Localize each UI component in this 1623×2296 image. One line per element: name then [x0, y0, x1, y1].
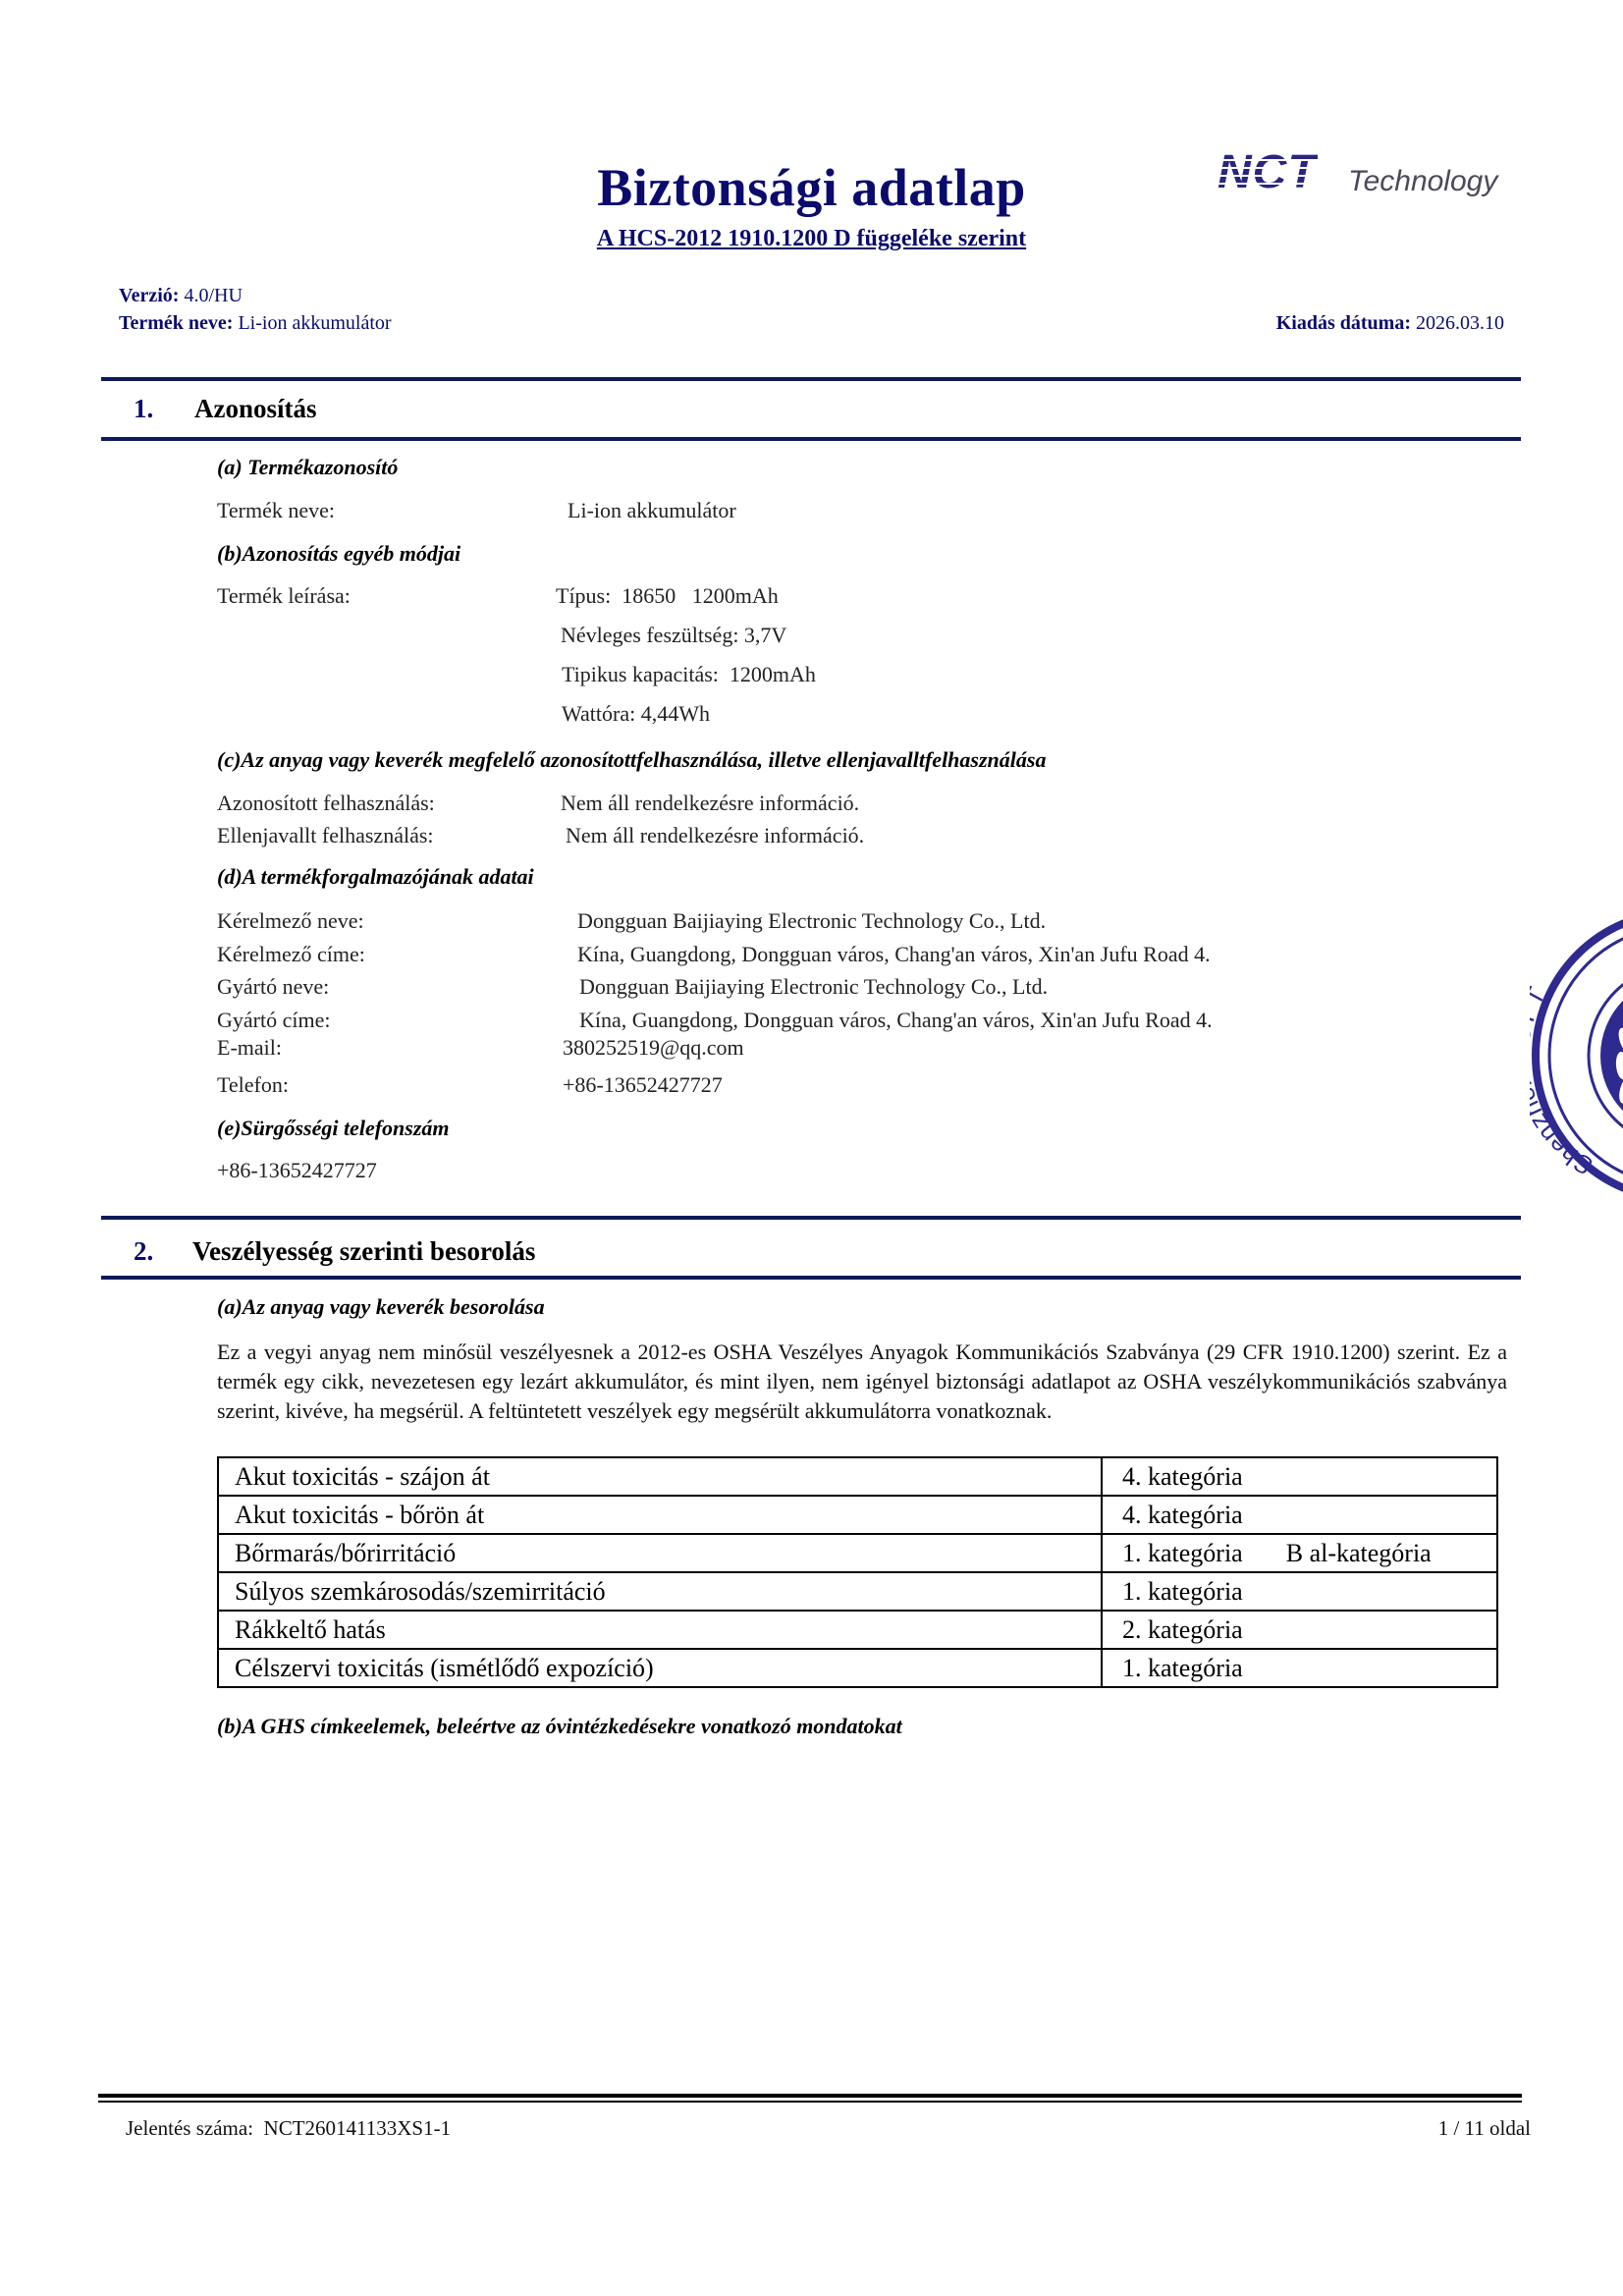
logo-text: Technology [1348, 165, 1497, 198]
table-row: Bőrmarás/bőrirritáció1. kategóriaB al-ka… [218, 1534, 1497, 1572]
hazard-classification-table: Akut toxicitás - szájon át4. kategóriaAk… [217, 1456, 1498, 1688]
subsection-1c-heading: (c)Az anyag vagy keverék megfelelő azono… [217, 747, 1046, 773]
spec-voltage: Névleges feszültség: 3,7V [561, 623, 786, 648]
category-text: 4. kategória [1122, 1501, 1243, 1529]
hazard-category-cell: 1. kategória [1102, 1572, 1497, 1611]
nct-technology-logo: NCT Technology [1217, 147, 1512, 206]
identified-use-value: Nem áll rendelkezésre információ. [561, 791, 859, 816]
manufacturer-address-label: Gyártó címe: [217, 1008, 330, 1033]
spec-watt-hours: Wattóra: 4,44Wh [562, 701, 710, 727]
issue-date-line: Kiadás dátuma: 2026.03.10 [1276, 312, 1504, 335]
email-value[interactable]: 380252519@qq.com [563, 1035, 744, 1061]
document-subtitle: A HCS-2012 1910.1200 D függeléke szerint [0, 226, 1623, 252]
hazard-category-cell: 2. kategória [1102, 1611, 1497, 1649]
company-seal-stamp: Shenzhen NCT T [1530, 908, 1623, 1203]
emergency-phone-value: +86-13652427727 [217, 1158, 377, 1183]
footer-rule-thick [98, 2094, 1522, 2098]
spec-capacity: Tipikus kapacitás: 1200mAh [562, 662, 816, 687]
report-number: Jelentés száma: NCT260141133XS1-1 [126, 2116, 451, 2141]
hazard-category-cell: 4. kategória [1102, 1496, 1497, 1534]
section-1-top-rule [101, 377, 1521, 381]
section-1-title: Azonosítás [194, 394, 317, 424]
section-1-number: 1. [134, 394, 153, 424]
applicant-name-label: Kérelmező neve: [217, 908, 364, 934]
seal-icon: Shenzhen NCT T [1530, 908, 1623, 1203]
subsection-1a-heading: (a) Termékazonosító [217, 455, 398, 480]
product-name-value: Li-ion akkumulátor [568, 498, 736, 523]
section-1-bottom-rule [101, 437, 1521, 441]
table-row: Akut toxicitás - szájon át4. kategória [218, 1457, 1497, 1496]
spec-type: Típus: 18650 1200mAh [556, 583, 779, 609]
manufacturer-name-value: Dongguan Baijiaying Electronic Technolog… [579, 974, 1048, 1000]
category-text: 1. kategória [1122, 1654, 1243, 1682]
contraindicated-use-value: Nem áll rendelkezésre információ. [566, 823, 864, 848]
subsection-1d-heading: (d)A termékforgalmazójának adatai [217, 864, 534, 890]
issue-date-value: 2026.03.10 [1416, 312, 1504, 334]
version-value: 4.0/HU [184, 285, 242, 306]
category-text: 4. kategória [1122, 1462, 1243, 1491]
subsection-1b-heading: (b)Azonosítás egyéb módjai [217, 541, 460, 567]
report-number-label: Jelentés száma: [126, 2116, 253, 2140]
report-number-value: NCT260141133XS1-1 [264, 2116, 452, 2140]
phone-label: Telefon: [217, 1072, 289, 1098]
section-2-number: 2. [134, 1236, 153, 1267]
classification-paragraph: Ez a vegyi anyag nem minősül veszélyesne… [217, 1338, 1507, 1426]
applicant-address-label: Kérelmező címe: [217, 942, 365, 967]
hazard-category-cell: 1. kategória [1102, 1649, 1497, 1687]
subsection-1e-heading: (e)Sürgősségi telefonszám [217, 1116, 450, 1141]
subsection-2a-heading: (a)Az anyag vagy keverék besorolása [217, 1294, 545, 1320]
hazard-class-cell: Célszervi toxicitás (ismétlődő expozíció… [218, 1649, 1102, 1687]
table-row: Rákkeltő hatás2. kategória [218, 1611, 1497, 1649]
section-2-top-rule [101, 1216, 1521, 1220]
contraindicated-use-label: Ellenjavallt felhasználás: [217, 823, 434, 848]
footer-rule-thin [98, 2101, 1522, 2103]
table-row: Súlyos szemkárosodás/szemirritáció1. kat… [218, 1572, 1497, 1611]
version-label: Verzió: [119, 285, 179, 306]
table-row: Célszervi toxicitás (ismétlődő expozíció… [218, 1649, 1497, 1687]
product-description-label: Termék leírása: [217, 583, 351, 609]
applicant-address-value: Kína, Guangdong, Dongguan város, Chang'a… [577, 942, 1211, 967]
manufacturer-address-value: Kína, Guangdong, Dongguan város, Chang'a… [579, 1008, 1213, 1033]
email-label: E-mail: [217, 1035, 282, 1061]
hazard-class-cell: Akut toxicitás - bőrön át [218, 1496, 1102, 1534]
page-indicator: 1 / 11 oldal [1438, 2116, 1531, 2141]
phone-value: +86-13652427727 [563, 1072, 723, 1098]
product-line: Termék neve: Li-ion akkumulátor [119, 312, 392, 335]
hazard-class-cell: Bőrmarás/bőrirritáció [218, 1534, 1102, 1572]
hazard-class-cell: Rákkeltő hatás [218, 1611, 1102, 1649]
hazard-category-cell: 4. kategória [1102, 1457, 1497, 1496]
applicant-name-value: Dongguan Baijiaying Electronic Technolog… [577, 908, 1046, 934]
product-name-label: Termék neve: [217, 498, 335, 523]
category-text: 2. kategória [1122, 1615, 1243, 1644]
manufacturer-name-label: Gyártó neve: [217, 974, 329, 1000]
hazard-class-cell: Akut toxicitás - szájon át [218, 1457, 1102, 1496]
category-text: 1. kategória [1122, 1577, 1243, 1606]
table-row: Akut toxicitás - bőrön át4. kategória [218, 1496, 1497, 1534]
subcategory-text: B al-kategória [1286, 1539, 1432, 1567]
identified-use-label: Azonosított felhasználás: [217, 791, 435, 816]
product-value: Li-ion akkumulátor [238, 312, 391, 334]
hazard-class-cell: Súlyos szemkárosodás/szemirritáció [218, 1572, 1102, 1611]
section-2-bottom-rule [101, 1276, 1521, 1280]
section-2-title: Veszélyesség szerinti besorolás [192, 1236, 535, 1267]
issue-date-label: Kiadás dátuma: [1276, 312, 1411, 334]
category-text: 1. kategória [1122, 1539, 1243, 1567]
product-label: Termék neve: [119, 312, 233, 334]
subsection-2b-heading: (b)A GHS címkeelemek, beleértve az óvint… [217, 1714, 902, 1739]
hazard-category-cell: 1. kategóriaB al-kategória [1102, 1534, 1497, 1572]
logo-mark: NCT [1217, 145, 1318, 199]
version-line: Verzió: 4.0/HU [119, 285, 243, 307]
